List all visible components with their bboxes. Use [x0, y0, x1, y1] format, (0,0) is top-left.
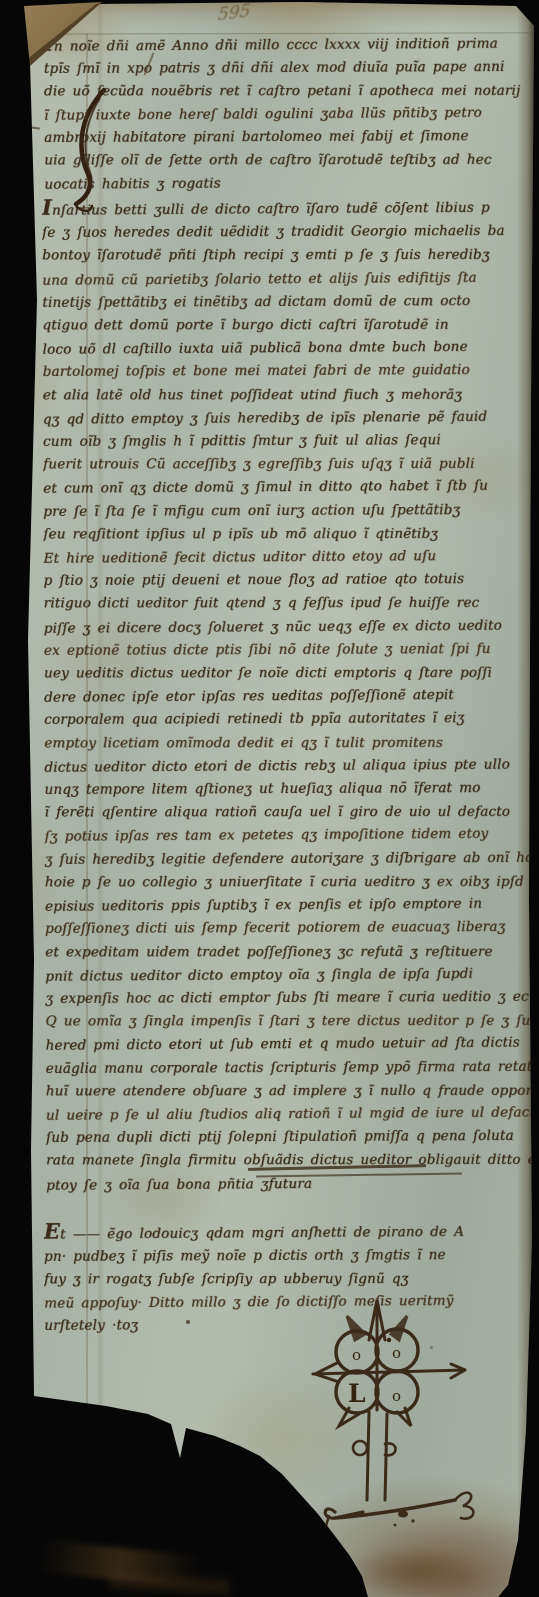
manuscript-line: loco uõ dl caſtillo iuxta uiã publicã bo…	[42, 336, 530, 363]
manuscript-line: bartolomej toſpis et bone mei matei fabr…	[43, 359, 531, 384]
manuscript-line: huĩ uuere atendere obſuare ʒ ad implere …	[46, 1079, 534, 1103]
manuscript-line: et cum onĩ qʒ dicte domũ ʒ ſimul in ditt…	[43, 475, 531, 502]
manuscript-line: uey ueditis dictus ueditor ſe noĩe dicti…	[44, 662, 532, 686]
notary-sign-icon: o o L o	[305, 1288, 500, 1553]
manuscript-line: ſeu reqſitiont ipſius ul p ipĩs ub mõ al…	[43, 523, 531, 547]
parchment-page: 595 In noĩe dñi amẽ Anno dñi millo cccc …	[0, 0, 539, 1597]
manuscript-line: ſʒ potius ipſas res tam ex petetes qʒ im…	[45, 823, 533, 850]
manuscript-line: Et hire ueditionẽ fecit dictus uditor di…	[43, 544, 531, 571]
manuscript-line: poſſeſſioneʒ dicti uis ſemp fecerit poti…	[45, 916, 533, 941]
manuscript-line: et expeditam uidem tradet poſſeſſioneʒ ʒ…	[45, 940, 533, 964]
torn-edge-debris	[110, 1573, 231, 1595]
manuscript-line: cum oĩb ʒ ſmglis h ĩ pdittis ſmtur ʒ fui…	[43, 429, 531, 454]
manuscript-line: ſe ʒ ſuos heredes dedit uẽdidit ʒ tradid…	[42, 220, 530, 245]
manuscript-line: dere donec ipſe etor ipſas res ueditas p…	[44, 684, 532, 711]
manuscript-line: una domũ cũ parietibʒ ſolario tetto et a…	[42, 266, 530, 293]
manuscript-line: In noĩe dñi amẽ Anno dñi millo cccc lxxx…	[44, 28, 532, 58]
manuscript-line: ʒ expenſis hoc ac dicti emptor ſubs ſti …	[45, 986, 533, 1011]
manuscript-line: Et —— ẽgo lodouicʒ qdam mgri anſhetti de…	[44, 1216, 504, 1246]
manuscript-line: qʒ qd ditto emptoy ʒ ſuis heredibʒ de ip…	[43, 405, 531, 432]
notary-letter-o-top-left: o	[352, 1346, 361, 1364]
manuscript-line: p ſtio ʒ noie ptij deueni et noue floʒ a…	[43, 568, 531, 593]
manuscript-line: Inſartius betti ʒulli de dicto caſtro ĩſ…	[42, 192, 530, 223]
manuscript-line: ul ueire p ſe ul aliu ſtudios aliq ratio…	[46, 1101, 534, 1128]
manuscript-line: ĩ ferẽti qſentire aliqua ratioñ cauſa ue…	[45, 801, 533, 825]
manuscript-line: tinetijs ſpettãtibʒ ei tinẽtibʒ ad dicta…	[42, 290, 530, 315]
folio-mark: 595	[217, 1, 251, 25]
margin-dash-mark	[16, 124, 40, 129]
notary-letter-o-bottom-right: o	[392, 1387, 401, 1405]
manuscript-line: pre ſe ĩ ſta ſe ĩ mfigu cum onĩ iurʒ act…	[43, 499, 531, 524]
notary-letter-L-bottom-left: L	[348, 1379, 366, 1408]
manuscript-line: pn· pudbeʒ ĩ piſis meỹ noĩe p dictis ort…	[44, 1244, 504, 1269]
manuscript-line: corporalem qua acipiedi retinedi tb ppĩa…	[44, 707, 532, 732]
body-paragraph: Inſartius betti ʒulli de dicto caſtro ĩſ…	[42, 193, 534, 1197]
manuscript-line: ex eptionẽ totius dicte ptis ſibi nõ dit…	[44, 638, 532, 663]
manuscript-line: pnit dictus ueditor dicto emptoy oĩa ʒ ſ…	[45, 962, 533, 989]
manuscript-line: hoie p ſe uo collegio ʒ uniuerſitate ĩ c…	[45, 871, 533, 895]
manuscript-line: tpĩs ſmĩ in xpo patris ʒ dñi dñi alex mo…	[44, 56, 532, 81]
manuscript-line: ʒ ſuis heredibʒ legitie defendere autori…	[45, 847, 533, 872]
manuscript-line: emptoy licetiam omĩmoda dedit ei qʒ ĩ tu…	[44, 731, 532, 755]
manuscript-line: bontoy ĩſarotudẽ pñti ſtiph recipi ʒ emt…	[42, 244, 530, 268]
manuscript-line: die uõ ſecũda nouẽbris ret ĩ caſtro peta…	[44, 80, 532, 104]
manuscript-line: dictus ueditor dicto etori de dictis reb…	[44, 753, 532, 780]
manuscript-line: uia giliſſe olĩ de ſette orth de caſtro …	[44, 149, 532, 173]
scan-background: 595 In noĩe dñi amẽ Anno dñi millo cccc …	[0, 0, 539, 1597]
ink-speck	[186, 1320, 190, 1324]
manuscript-line: hered pmi dicto etori ut ſub emti et q m…	[45, 1032, 533, 1059]
manuscript-line: episius ueditoris ppis ſuptibʒ ĩ ex penſ…	[45, 892, 533, 919]
manuscript-line: qtiguo dett domũ porte ĩ burgo dicti caſ…	[42, 314, 530, 338]
manuscript-line: ĩ ſtupi iuxte bone hereſ baldi ogulini ʒ…	[44, 101, 532, 127]
manuscript-line: euãglia manu corporale tactis ſcripturis…	[46, 1055, 534, 1080]
bottom-fold-shadow	[352, 1538, 492, 1597]
manuscript-line: ambroxij habitatore pirani bartolomeo me…	[44, 125, 532, 150]
manuscript-line: et alia latẽ old hus tinet poſſideat uti…	[43, 383, 531, 407]
manuscript-line: piſſe ʒ ei dicere docʒ ſolueret ʒ nũc ue…	[44, 614, 532, 641]
manuscript-line: Q ue omĩa ʒ ſingla impenſis ĩ ſtari ʒ te…	[45, 1010, 533, 1034]
manuscript-line: ritiguo dicti ueditor fuit qtend ʒ q feſ…	[44, 592, 532, 616]
manuscript-line: unqʒ tempore litem qſtioneʒ ut hueſiaʒ a…	[44, 777, 532, 802]
invocation-paragraph: In noĩe dñi amẽ Anno dñi millo cccc lxxx…	[44, 29, 533, 196]
notary-letter-o-top-right: o	[392, 1344, 401, 1362]
manuscript-line: fuerit utrouis Cũ acceſſibʒ ʒ egreſſibʒ …	[43, 453, 531, 477]
manuscript-line: ſub pena dupli dicti ptij ſolepni ſtipul…	[46, 1125, 534, 1150]
